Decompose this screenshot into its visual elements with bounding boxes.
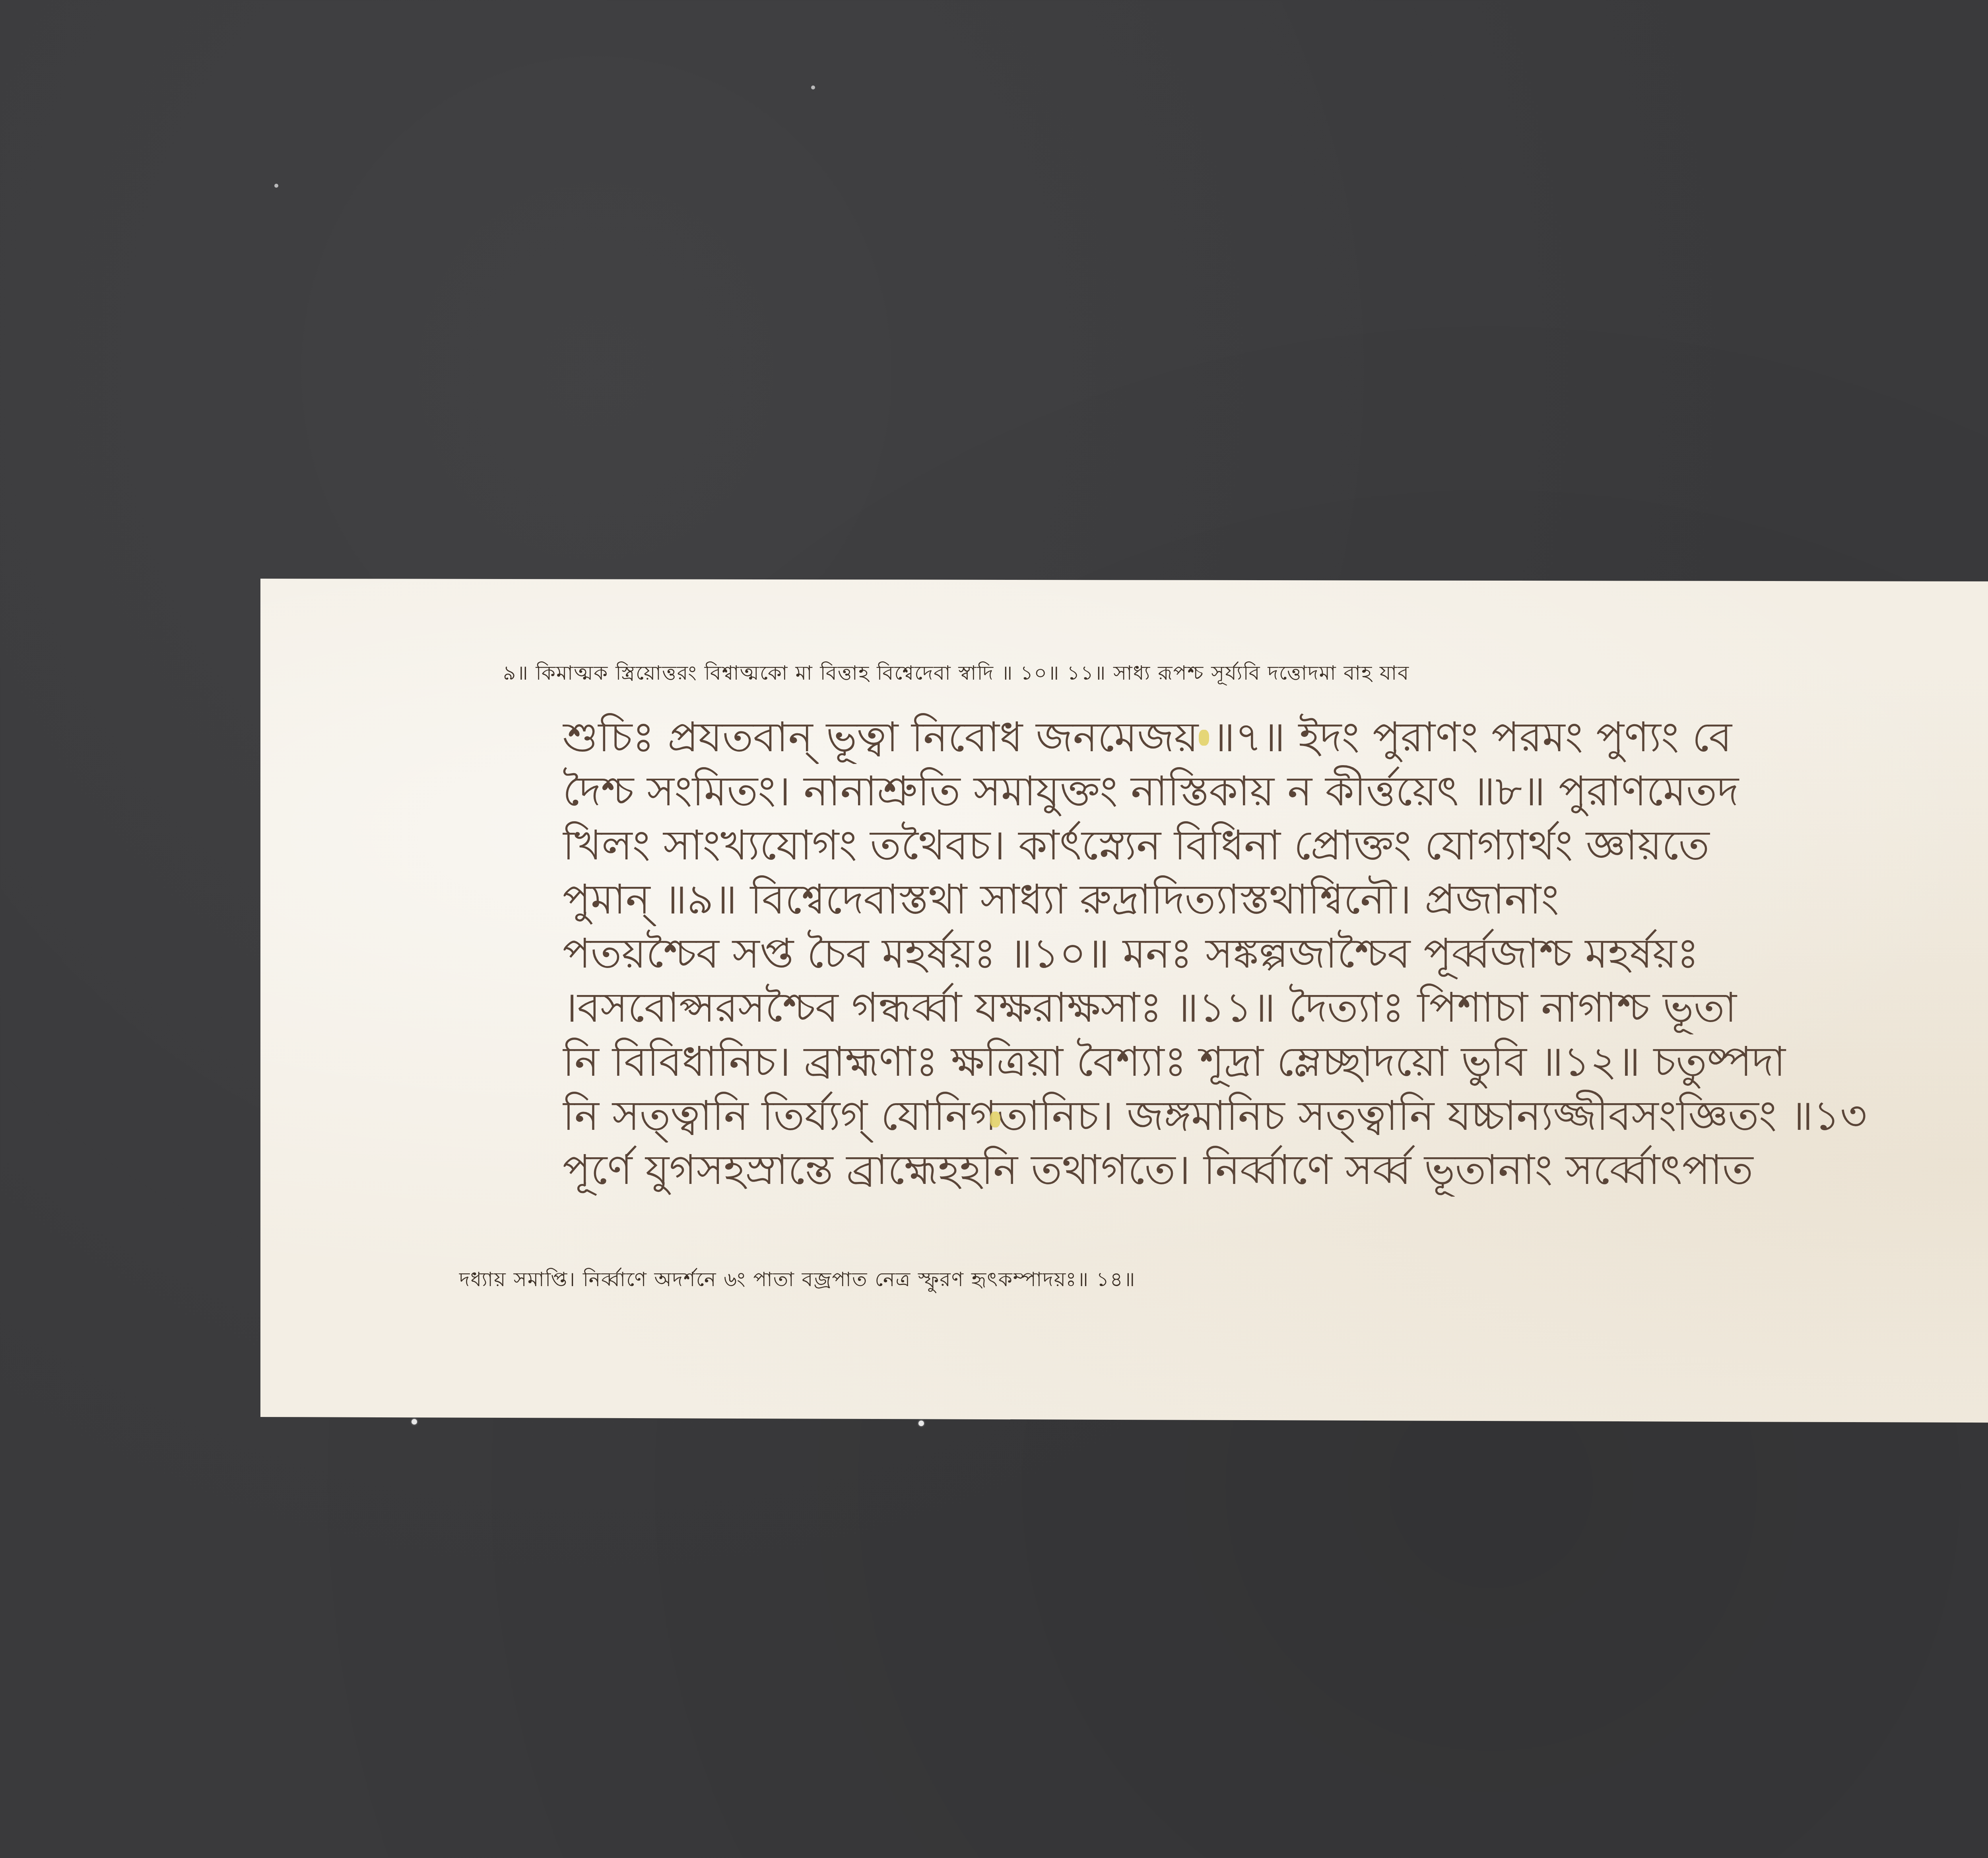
yellow-correction-mark bbox=[1199, 730, 1209, 746]
manuscript-folio: ৯॥ কিমাত্মক স্ত্রিয়োত্তরং বিশ্বাত্মকো ম… bbox=[260, 579, 1988, 1424]
mounting-pin bbox=[412, 1419, 417, 1425]
text-line-5: পতয়শ্চৈব সপ্ত চৈব মহর্ষয়ঃ ॥১০॥ মনঃ সঙ্… bbox=[563, 926, 1988, 980]
mat-speck bbox=[274, 184, 278, 188]
text-line-6: ।বসবোপ্সরসশ্চৈব গন্ধর্ব্বা যক্ষরাক্ষসাঃ … bbox=[563, 980, 1988, 1034]
text-line-8: নি সত্ত্বানি তির্য্যগ্ যোনিগতানিচ। জঙ্গম… bbox=[563, 1088, 1988, 1143]
text-line-9: পূর্ণে যুগসহস্রান্তে ব্রাহ্মেহহনি তথাগতে… bbox=[563, 1143, 1988, 1197]
text-line-7: নি বিবিধানিচ। ব্রাহ্মণাঃ ক্ষত্রিয়া বৈশ্… bbox=[563, 1034, 1988, 1088]
text-line-4: পুমান্ ॥৯॥ বিশ্বেদেবাস্তথা সাধ্যা রুদ্রা… bbox=[563, 872, 1988, 926]
yellow-correction-mark bbox=[990, 1112, 1000, 1127]
mounting-pin bbox=[918, 1421, 924, 1426]
text-line-2: দৈশ্চ সংমিতং। নানাশ্রুতি সমাযুক্তং নাস্ত… bbox=[563, 764, 1988, 818]
text-line-1: শুচিঃ প্রযতবান্ ভূত্বা নিবোধ জনমেজয় ॥৭॥… bbox=[563, 710, 1988, 764]
footer-annotation: দধ্যায় সমাপ্তি। নির্ব্বাণে অদর্শনে ৬ং প… bbox=[459, 1265, 1136, 1298]
header-annotation: ৯॥ কিমাত্মক স্ত্রিয়োত্তরং বিশ্বাত্মকো ম… bbox=[503, 658, 1409, 691]
text-line-3: খিলং সাংখ্যযোগং তথৈবচ। কার্ৎস্ন্যেন বিধি… bbox=[563, 818, 1988, 872]
manuscript-body: শুচিঃ প্রযতবান্ ভূত্বা নিবোধ জনমেজয় ॥৭॥… bbox=[563, 710, 1988, 1197]
mat-speck bbox=[811, 86, 815, 89]
